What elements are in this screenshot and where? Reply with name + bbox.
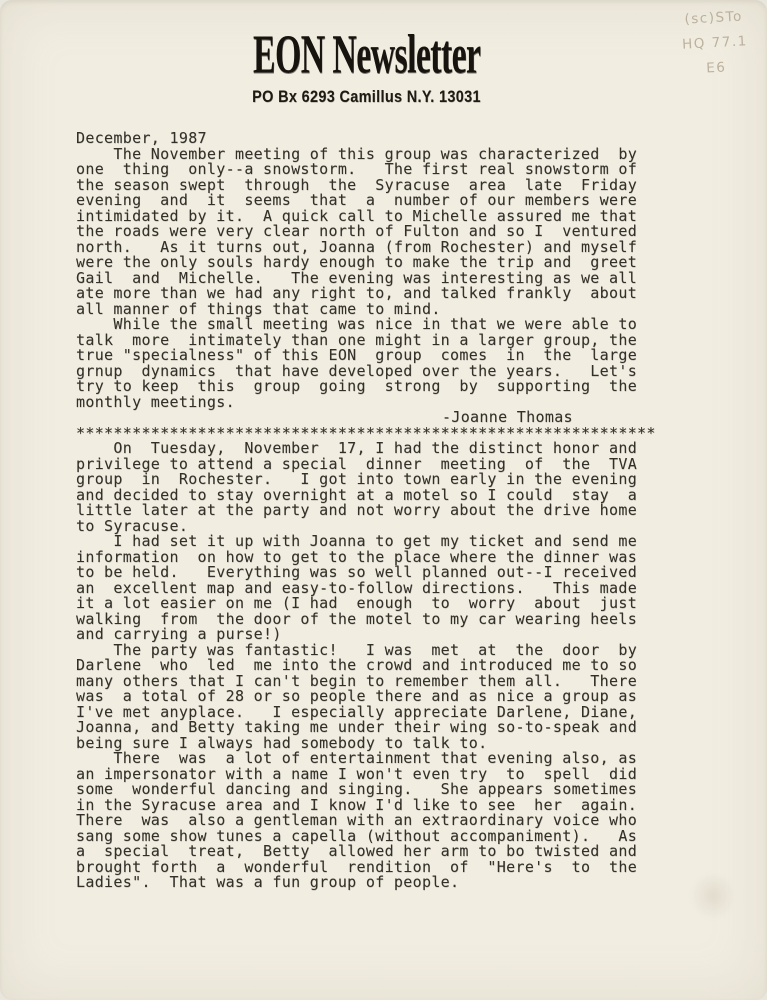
article-1: The November meeting of this group was c… — [76, 147, 696, 411]
newsletter-title: EON Newsletter — [253, 29, 480, 81]
scan-smudge — [683, 865, 743, 927]
scanned-page: (sc)STo HQ 77.1 E6 EON Newsletter PO Bx … — [0, 0, 767, 1000]
letter-body: December, 1987 The November meeting of t… — [76, 131, 696, 891]
article-2: On Tuesday, November 17, I had the disti… — [76, 441, 696, 891]
newsletter-address: PO Bx 6293 Camillus N.Y. 13031 — [0, 87, 734, 107]
newsletter-masthead: EON Newsletter PO Bx 6293 Camillus N.Y. … — [0, 30, 734, 107]
newsletter-address-text: PO Bx 6293 Camillus N.Y. 13031 — [253, 87, 482, 107]
